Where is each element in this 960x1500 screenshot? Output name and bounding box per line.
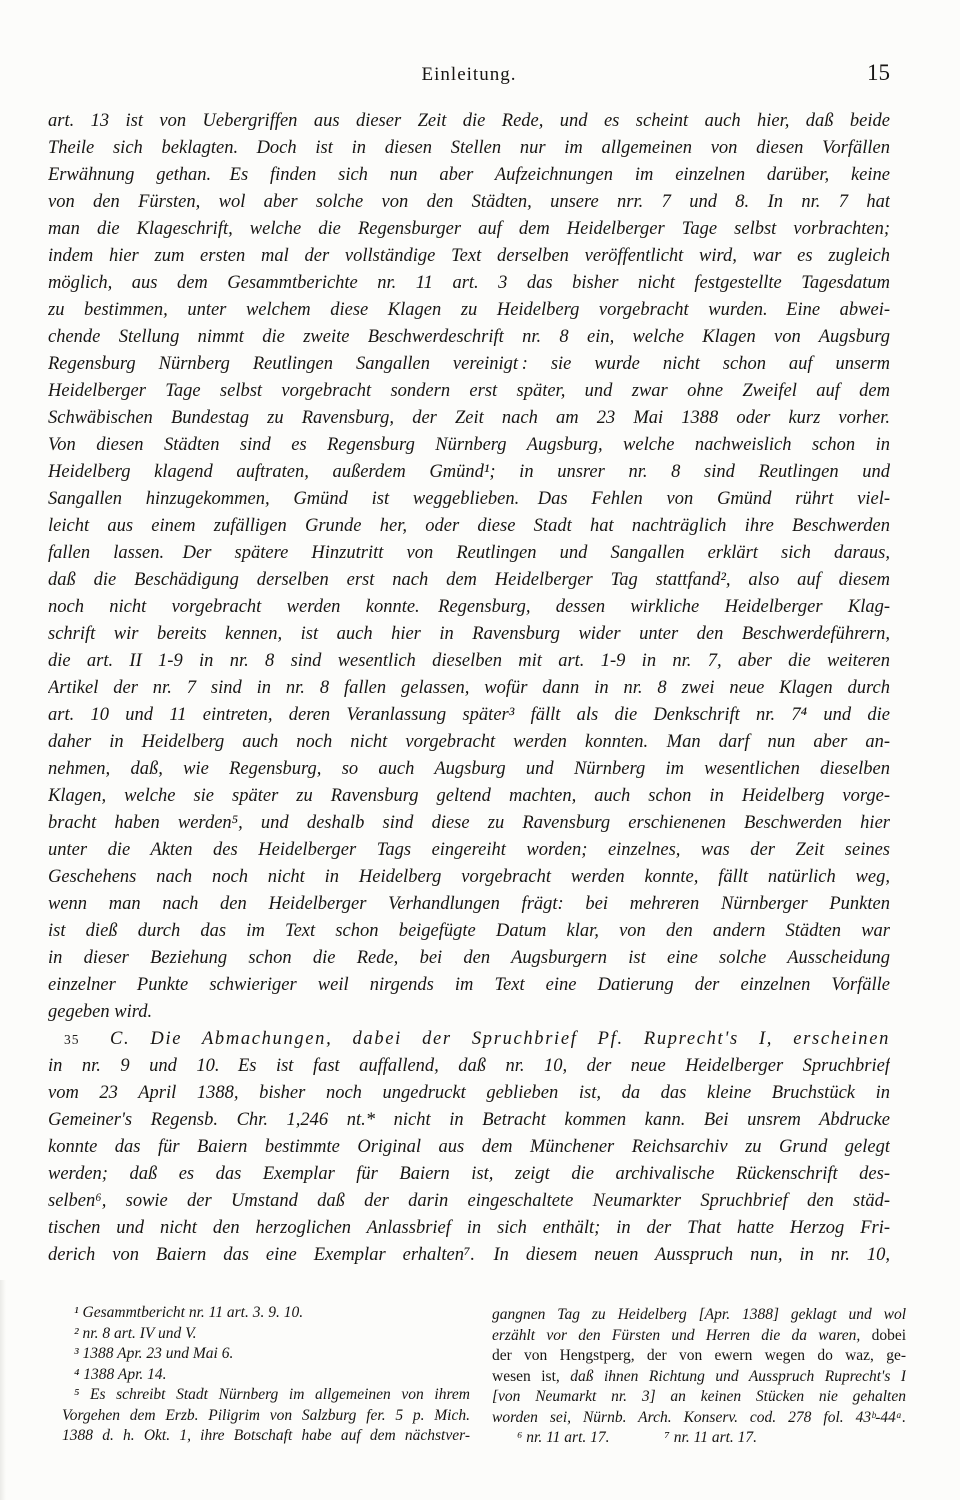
text-line: 30wenn man nach den Heidelberger Verhand…	[48, 891, 890, 918]
text-segment: erzählt vor den Fürsten und Herren die d…	[492, 1327, 872, 1344]
text-line: selben⁶, sowie der Umstand daß der darin…	[48, 1188, 890, 1215]
text-segment: Heidelberger Tage selbst vorgebracht son…	[48, 381, 890, 401]
text-line: chende Stellung nimmt die zweite Beschwe…	[48, 324, 890, 351]
text-segment: daher in Heidelberg auch noch nicht vorg…	[48, 732, 890, 752]
text-segment: werden; daß es das Exemplar für Baiern i…	[48, 1164, 890, 1184]
text-segment: leicht aus einem zufälligen Grunde her, …	[48, 516, 890, 536]
text-line: gegeben wird.	[48, 999, 890, 1026]
text-line: Gemeiner's Regensb. Chr. 1,246 nt.* nich…	[48, 1107, 890, 1134]
text-line: zu bestimmen, unter welchem diese Klagen…	[48, 297, 890, 324]
text-line: leicht aus einem zufälligen Grunde her, …	[48, 513, 890, 540]
text-segment: die art. II 1-9 in nr. 8 sind wesentlich…	[48, 651, 890, 671]
text-line: Erwähnung gethan. Es finden sich nun abe…	[48, 162, 890, 189]
text-line: noch nicht vorgebracht werden konnte. Re…	[48, 594, 890, 621]
text-segment: selben⁶, sowie der Umstand daß der darin…	[48, 1191, 890, 1211]
page-header: Einleitung. 15	[48, 64, 890, 94]
text-line: 10Regensburg Nürnberg Reutlingen Sangall…	[48, 351, 890, 378]
text-line: 20schrift wir bereits kennen, ist auch h…	[48, 621, 890, 648]
text-segment: schrift wir bereits kennen, ist auch hie…	[48, 624, 890, 644]
text-segment: in dieser Beziehung schon die Rede, bei …	[48, 948, 890, 968]
text-line: konnte das für Baiern bestimmte Original…	[48, 1134, 890, 1161]
text-segment: bracht haben werden⁵, und deshalb sind d…	[48, 813, 890, 833]
text-line: vom 23 April 1388, bisher noch ungedruck…	[48, 1080, 890, 1107]
footnotes-left-column: ¹ Gesammtbericht nr. 11 art. 3. 9. 10. 4…	[62, 1303, 470, 1447]
text-line: derich von Baiern das eine Exemplar erha…	[48, 1242, 890, 1269]
text-segment: Regensburg Nürnberg Reutlingen Sangallen…	[48, 354, 890, 374]
text-segment: ⁷ nr. 11 art. 17.	[665, 1429, 758, 1446]
text-segment: ⁴ 1388 Apr. 14.	[74, 1366, 167, 1383]
text-segment: ² nr. 8 art. IV und V.	[74, 1325, 197, 1342]
footnote-line: ¹ Gesammtbericht nr. 11 art. 3. 9. 10.	[62, 1303, 470, 1324]
text-segment: Erwähnung gethan. Es finden sich nun abe…	[48, 165, 890, 185]
text-segment: wesen ist,	[492, 1368, 570, 1385]
text-segment: dobei	[872, 1327, 906, 1344]
text-segment: Klagen, welche sie später zu Ravensburg …	[48, 786, 890, 806]
text-line: Heidelberger Tage selbst vorgebracht son…	[48, 378, 890, 405]
text-line: daher in Heidelberg auch noch nicht vorg…	[48, 729, 890, 756]
text-segment: daß die Beschädigung derselben erst nach…	[48, 570, 890, 590]
text-segment: ⁶ nr. 11 art. 17.	[517, 1429, 610, 1446]
text-line: Heidelberg klagend auftraten, außerdem G…	[48, 459, 890, 486]
body-text: art. 13 ist von Uebergriffen aus dieser …	[48, 108, 890, 1269]
footnote-line: 501388 d. h. Okt. 1, ihre Botschaft habe…	[62, 1426, 470, 1447]
text-line: art. 10 und 11 eintreten, deren Veranlas…	[48, 702, 890, 729]
text-segment: ist dieß durch das im Text schon beigefü…	[48, 921, 890, 941]
text-segment: ⁵ Es schreibt Stadt Nürnberg im allgemei…	[74, 1386, 470, 1403]
footnote-line: erzählt vor den Fürsten und Herren die d…	[492, 1326, 906, 1347]
text-line: einzelner Punkte schwieriger weil nirgen…	[48, 972, 890, 999]
text-line: die art. II 1-9 in nr. 8 sind wesentlich…	[48, 648, 890, 675]
text-segment: 1388 d. h. Okt. 1, ihre Botschaft habe a…	[62, 1427, 470, 1444]
footnote-line: ⁵ Es schreibt Stadt Nürnberg im allgemei…	[62, 1385, 470, 1406]
text-segment: art. 10 und 11 eintreten, deren Veranlas…	[48, 705, 890, 725]
running-title: Einleitung.	[48, 64, 890, 86]
text-segment: Schwäbischen Bundestag zu Ravensburg, de…	[48, 408, 890, 428]
text-segment: art. 13 ist von Uebergriffen aus dieser …	[48, 111, 890, 131]
text-segment: nehmen, daß, wie Regensburg, so auch Aug…	[48, 759, 890, 779]
text-line: ist dieß durch das im Text schon beigefü…	[48, 918, 890, 945]
text-segment: vom 23 April 1388, bisher noch ungedruck…	[48, 1083, 890, 1103]
text-line: 40werden; daß es das Exemplar für Baiern…	[48, 1161, 890, 1188]
text-line: unter die Akten des Heidelberger Tags ei…	[48, 837, 890, 864]
footnote-line: der von Hengstperg, der von ewern wegen …	[492, 1346, 906, 1367]
text-line: Theile sich beklagten. Doch ist in diese…	[48, 135, 890, 162]
footnote-line: gangnen Tag zu Heidelberg [Apr. 1388] ge…	[492, 1305, 906, 1326]
text-segment: gangnen Tag zu Heidelberg [Apr. 1388] ge…	[492, 1306, 906, 1323]
text-segment: der von Hengstperg, der von ewern wegen …	[492, 1347, 906, 1364]
text-line: Klagen, welche sie später zu Ravensburg …	[48, 783, 890, 810]
text-line: 5man die Klageschrift, welche die Regens…	[48, 216, 890, 243]
text-segment: Geschehens nach noch nicht in Heidelberg…	[48, 867, 890, 887]
text-line: 25nehmen, daß, wie Regensburg, so auch A…	[48, 756, 890, 783]
text-segment: indem hier zum ersten mal der vollständi…	[48, 246, 890, 266]
text-line: 35C. Die Abmachungen, dabei der Spruchbr…	[48, 1026, 890, 1053]
text-line: in nr. 9 und 10. Es ist fast auffallend,…	[48, 1053, 890, 1080]
text-line: Von diesen Städten sind es Regensburg Nü…	[48, 432, 890, 459]
text-segment: Vorgehen dem Erzb. Piligrim von Salzburg…	[62, 1407, 470, 1424]
text-line: fallen lassen. Der spätere Hinzutritt vo…	[48, 540, 890, 567]
scan-edge-shadow	[0, 1280, 6, 1500]
text-segment: chende Stellung nimmt die zweite Beschwe…	[48, 327, 890, 347]
text-segment: ¹ Gesammtbericht nr. 11 art. 3. 9. 10.	[74, 1304, 303, 1321]
text-segment: Sangallen hinzugekommen, Gmünd ist wegge…	[48, 489, 890, 509]
text-segment: Theile sich beklagten. Doch ist in diese…	[48, 138, 890, 158]
text-line: indem hier zum ersten mal der vollständi…	[48, 243, 890, 270]
text-segment: von den Fürsten, wol aber solche von den…	[48, 192, 890, 212]
footnote-line: wesen ist, daß ihnen Richtung und Ausspr…	[492, 1367, 906, 1388]
footnote-line: 45² nr. 8 art. IV und V.	[62, 1324, 470, 1345]
footnote-line: Vorgehen dem Erzb. Piligrim von Salzburg…	[62, 1406, 470, 1427]
text-line: Schwäbischen Bundestag zu Ravensburg, de…	[48, 405, 890, 432]
text-segment: derich von Baiern das eine Exemplar erha…	[48, 1245, 890, 1265]
text-segment: ³ 1388 Apr. 23 und Mai 6.	[74, 1345, 233, 1362]
text-segment: in nr. 9 und 10. Es ist fast auffallend,…	[48, 1056, 890, 1076]
text-segment: daß ihnen Richtung und Ausspruch Ruprech…	[570, 1368, 906, 1385]
text-line: 15Sangallen hinzugekommen, Gmünd ist weg…	[48, 486, 890, 513]
text-segment: konnte das für Baiern bestimmte Original…	[48, 1137, 890, 1157]
text-line: art. 13 ist von Uebergriffen aus dieser …	[48, 108, 890, 135]
text-line: daß die Beschädigung derselben erst nach…	[48, 567, 890, 594]
text-line: tischen und nicht den herzoglichen Anlas…	[48, 1215, 890, 1242]
text-segment: [von Neumarkt nr. 3] an keinen Stücken n…	[492, 1388, 906, 1405]
text-segment: man die Klageschrift, welche die Regensb…	[48, 219, 890, 239]
text-segment: fallen lassen. Der spätere Hinzutritt vo…	[48, 543, 890, 563]
text-segment: C. Die Abmachungen, dabei der Spruchbrie…	[110, 1029, 890, 1049]
text-segment: Heidelberg klagend auftraten, außerdem G…	[48, 462, 890, 482]
text-segment: zu bestimmen, unter welchem diese Klagen…	[48, 300, 890, 320]
text-segment: wenn man nach den Heidelberger Verhandlu…	[48, 894, 890, 914]
text-segment: worden sei, Nürnb. Arch. Konserv. cod. 2…	[492, 1409, 906, 1426]
text-segment: einzelner Punkte schwieriger weil nirgen…	[48, 975, 890, 995]
footnotes-right-column: gangnen Tag zu Heidelberg [Apr. 1388] ge…	[492, 1305, 906, 1449]
scanned-book-page: Einleitung. 15 art. 13 ist von Uebergrif…	[0, 0, 960, 1500]
text-segment: Von diesen Städten sind es Regensburg Nü…	[48, 435, 890, 455]
text-line: bracht haben werden⁵, und deshalb sind d…	[48, 810, 890, 837]
text-segment: tischen und nicht den herzoglichen Anlas…	[48, 1218, 890, 1238]
text-line: Geschehens nach noch nicht in Heidelberg…	[48, 864, 890, 891]
text-line: Artikel der nr. 7 sind in nr. 8 fallen g…	[48, 675, 890, 702]
text-segment: gegeben wird.	[48, 1002, 152, 1022]
text-segment: noch nicht vorgebracht werden konnte. Re…	[48, 597, 890, 617]
text-line: in dieser Beziehung schon die Rede, bei …	[48, 945, 890, 972]
page-number: 15	[867, 60, 890, 86]
footnote-line: worden sei, Nürnb. Arch. Konserv. cod. 2…	[492, 1408, 906, 1429]
text-segment: Artikel der nr. 7 sind in nr. 8 fallen g…	[48, 678, 890, 698]
text-segment: möglich, aus dem Gesammtberichte nr. 11 …	[48, 273, 890, 293]
footnote-line: ³ 1388 Apr. 23 und Mai 6.	[62, 1344, 470, 1365]
footnote-line: [von Neumarkt nr. 3] an keinen Stücken n…	[492, 1387, 906, 1408]
text-line: möglich, aus dem Gesammtberichte nr. 11 …	[48, 270, 890, 297]
text-line: von den Fürsten, wol aber solche von den…	[48, 189, 890, 216]
text-segment: Gemeiner's Regensb. Chr. 1,246 nt.* nich…	[48, 1110, 890, 1130]
text-segment: unter die Akten des Heidelberger Tags ei…	[48, 840, 890, 860]
footnote-line: ⁴ 1388 Apr. 14.	[62, 1365, 470, 1386]
footnote-line: ⁶ nr. 11 art. 17.⁷ nr. 11 art. 17.	[492, 1428, 906, 1449]
